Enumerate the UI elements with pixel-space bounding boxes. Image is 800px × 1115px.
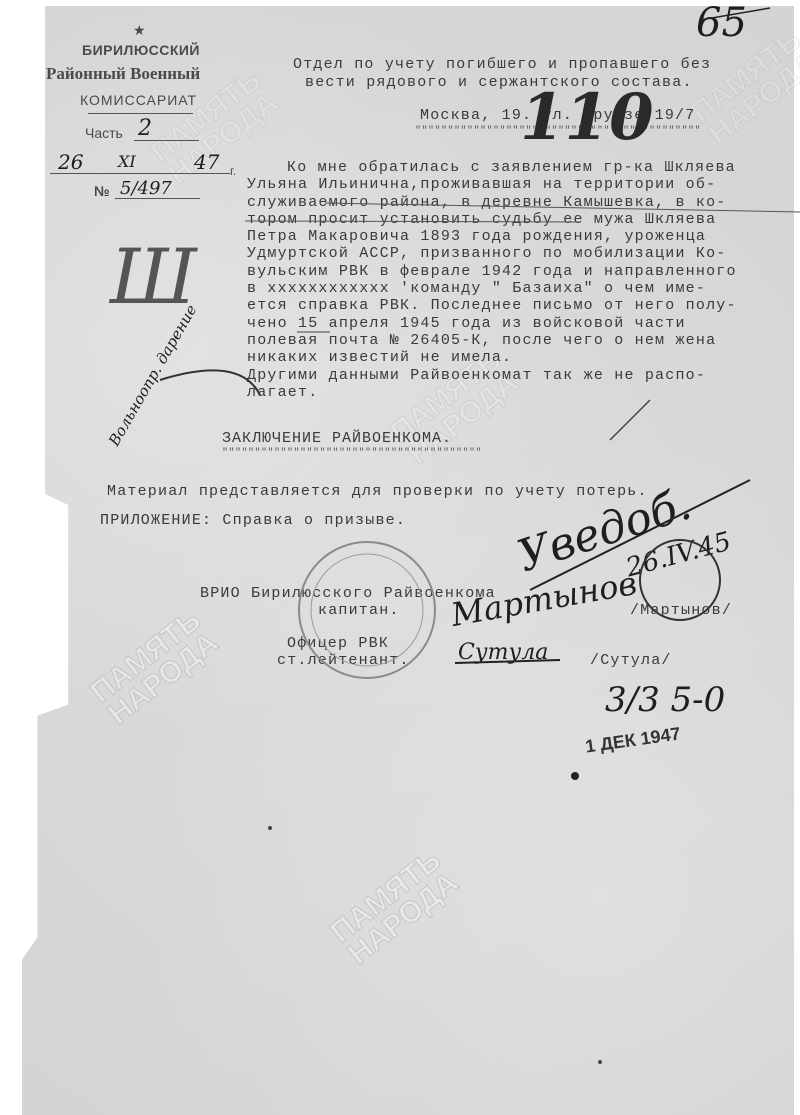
seal-circle-icon	[640, 540, 720, 620]
official-seal-icon	[299, 542, 435, 678]
annotation-strokes	[0, 0, 800, 1115]
